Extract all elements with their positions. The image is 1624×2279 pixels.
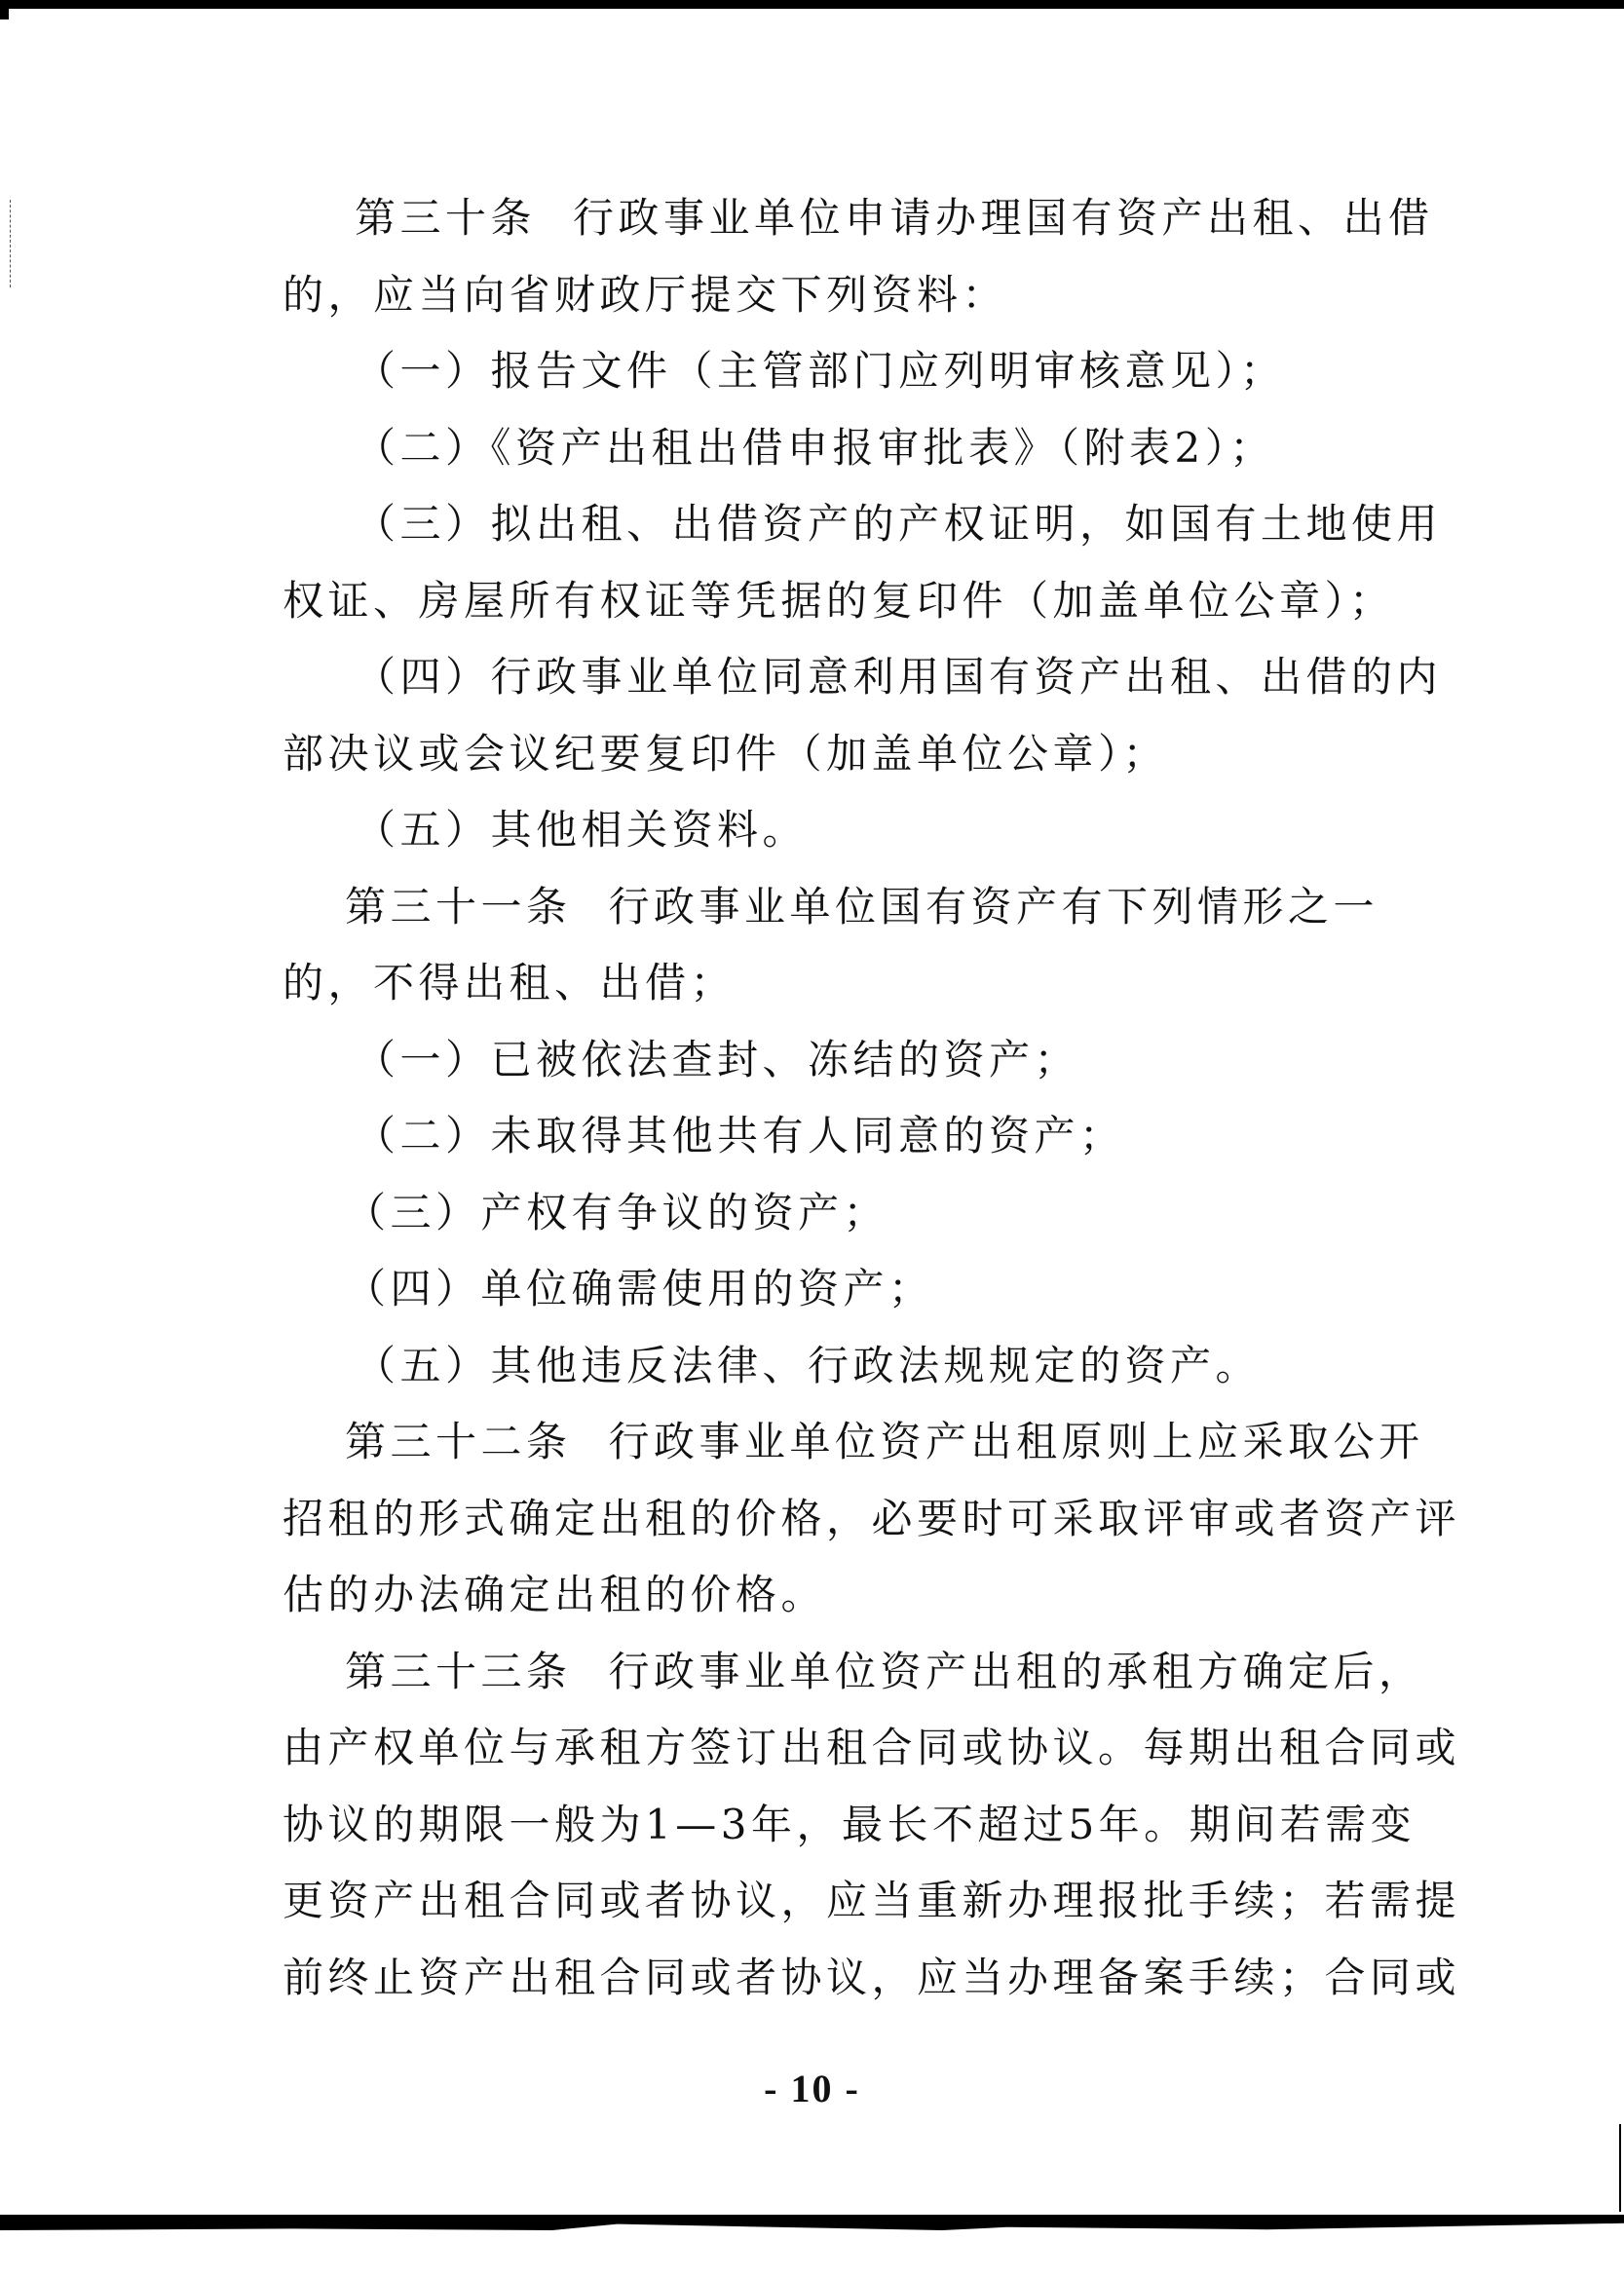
article-31-item-2: （二）未取得其他共有人同意的资产； <box>283 1098 1393 1175</box>
article-number: 第三十一条 <box>345 883 572 931</box>
article-30-item-2: （二）《资产出租出借申报审批表》（附表2）； <box>283 410 1393 487</box>
scan-mark-left <box>10 200 12 287</box>
article-31-line-1: 第三十一条行政事业单位国有资产有下列情形之一 <box>283 869 1393 946</box>
article-31-item-1: （一）已被依法查封、冻结的资产； <box>283 1022 1393 1099</box>
article-30-item-3-line-2: 权证、房屋所有权证等凭据的复印件（加盖单位公章）； <box>283 563 1393 640</box>
article-30-item-5: （五）其他相关资料。 <box>283 792 1393 869</box>
article-32-line-1: 第三十二条行政事业单位资产出租原则上应采取公开 <box>283 1404 1393 1481</box>
article-30-line-1: 第三十条行政事业单位申请办理国有资产出租、出借 <box>283 180 1393 257</box>
article-30-item-4-line-2: 部决议或会议纪要复印件（加盖单位公章）； <box>283 716 1393 793</box>
article-33-line-4: 更资产出租合同或者协议，应当重新办理报批手续；若需提 <box>283 1863 1393 1940</box>
scan-mark-top-left <box>0 0 9 19</box>
article-32-line-2: 招租的形式确定出租的价格，必要时可采取评审或者资产评 <box>283 1481 1393 1558</box>
article-number: 第三十三条 <box>345 1648 572 1695</box>
article-33-line-2: 由产权单位与承租方签订出租合同或协议。每期出租合同或 <box>283 1710 1393 1787</box>
article-30-item-1: （一）报告文件（主管部门应列明审核意见）； <box>283 333 1393 410</box>
article-31-item-5: （五）其他违反法律、行政法规规定的资产。 <box>283 1328 1393 1405</box>
article-31-line-2: 的，不得出租、出借； <box>283 945 1393 1022</box>
article-30-item-3-line-1: （三）拟出租、出借资产的产权证明，如国有土地使用 <box>283 486 1393 563</box>
scan-border-bottom <box>0 2215 1624 2230</box>
article-32-line-3: 估的办法确定出租的价格。 <box>283 1557 1393 1634</box>
scan-mark-right <box>1619 2124 1621 2212</box>
article-30-item-4-line-1: （四）行政事业单位同意利用国有资产出租、出借的内 <box>283 639 1393 716</box>
document-body: 第三十条行政事业单位申请办理国有资产出租、出借 的，应当向省财政厅提交下列资料：… <box>283 180 1393 2016</box>
article-33-line-3: 协议的期限一般为1—3年，最长不超过5年。期间若需变 <box>283 1787 1393 1864</box>
article-31-item-3: （三）产权有争议的资产； <box>283 1175 1393 1252</box>
page-number: - 10 - <box>0 2066 1624 2111</box>
article-number: 第三十二条 <box>345 1418 572 1465</box>
scan-border-top <box>0 0 1624 9</box>
article-33-line-1: 第三十三条行政事业单位资产出租的承租方确定后， <box>283 1634 1393 1711</box>
article-30-line-2: 的，应当向省财政厅提交下列资料： <box>283 257 1393 334</box>
article-number: 第三十条 <box>355 194 536 242</box>
article-33-line-5: 前终止资产出租合同或者协议，应当办理备案手续；合同或 <box>283 1940 1393 2017</box>
article-31-item-4: （四）单位确需使用的资产； <box>283 1251 1393 1328</box>
